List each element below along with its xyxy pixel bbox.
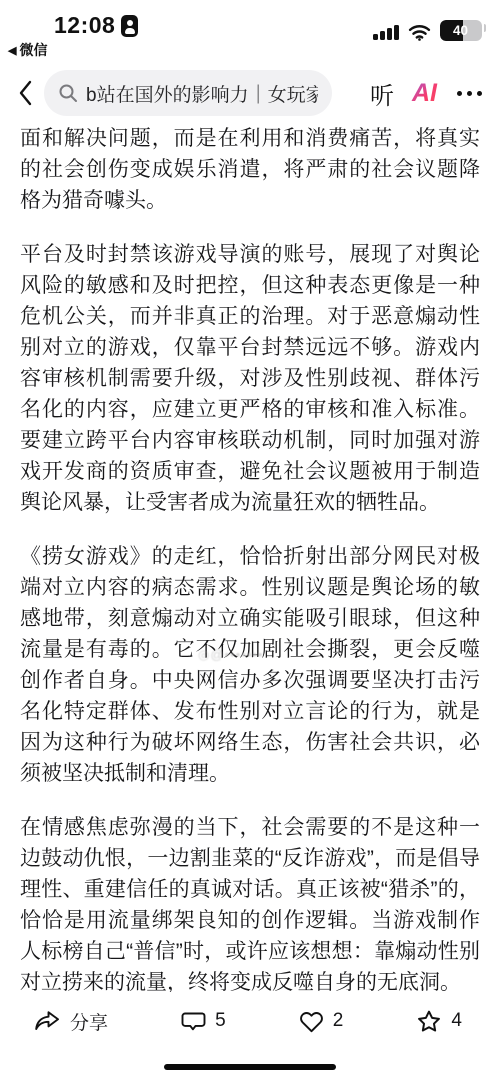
favorite-button[interactable]: 4 [416,1009,462,1034]
article-body[interactable]: 面和解决问题，而是在利用和消费痛苦，将真实的社会创伤变成娱乐消遣，将严肃的社会议… [0,126,500,992]
search-input[interactable]: b站在国外的影响力｜女玩家 [44,70,332,116]
nav-bar: b站在国外的影响力｜女玩家 听 AI [0,60,500,126]
status-bar: 12:08 ◀ 微信 40 [0,0,500,60]
cellular-signal-icon [373,25,399,41]
ai-button[interactable]: AI [404,79,445,108]
home-area [0,1050,500,1086]
home-indicator[interactable] [164,1064,336,1070]
status-right: 40 [373,20,486,41]
back-app-label: 微信 [19,40,47,60]
battery-icon: 40 [440,20,482,41]
back-button[interactable] [10,80,40,106]
article-paragraph: 在情感焦虑弥漫的当下，社会需要的不是这种一边鼓动仇恨，一边割韭菜的“反诈游戏”，… [20,812,480,992]
status-left: 12:08 [54,12,138,39]
share-icon [34,1009,61,1033]
wifi-icon [408,24,431,41]
star-icon [416,1009,442,1034]
comment-button[interactable]: 5 [181,1009,226,1033]
share-button[interactable]: 分享 [34,1008,108,1035]
share-label: 分享 [70,1008,108,1035]
article-paragraph: 《捞女游戏》的走红，恰恰折射出部分网民对极端对立内容的病态需求。性别议题是舆论场… [20,541,480,789]
search-query-text: b站在国外的影响力｜女玩家 [86,80,318,107]
nav-actions: 听 AI [360,76,486,111]
like-button[interactable]: 2 [299,1009,344,1033]
article-paragraph: 平台及时封禁该游戏导演的账号，展现了对舆论风险的敏感和及时把控，但这种表态更像是… [20,239,480,518]
listen-button[interactable]: 听 [360,76,404,111]
bottom-action-bar: 分享 5 2 4 [0,992,500,1050]
comment-icon [181,1009,206,1033]
heart-icon [299,1009,324,1033]
person-badge-icon [121,15,138,37]
more-options-button[interactable] [445,91,486,96]
comment-count: 5 [215,1010,226,1032]
back-triangle-icon: ◀ [8,44,16,57]
battery-percent: 40 [440,20,482,41]
phone-screen: 12:08 ◀ 微信 40 [0,0,500,1086]
like-count: 2 [333,1010,344,1032]
favorite-count: 4 [451,1010,462,1032]
search-icon [58,83,78,103]
battery-cap [484,24,487,32]
return-to-app-button[interactable]: ◀ 微信 [8,40,47,60]
article-paragraph: 面和解决问题，而是在利用和消费痛苦，将真实的社会创伤变成娱乐消遣，将严肃的社会议… [20,126,480,216]
clock: 12:08 [54,12,115,39]
